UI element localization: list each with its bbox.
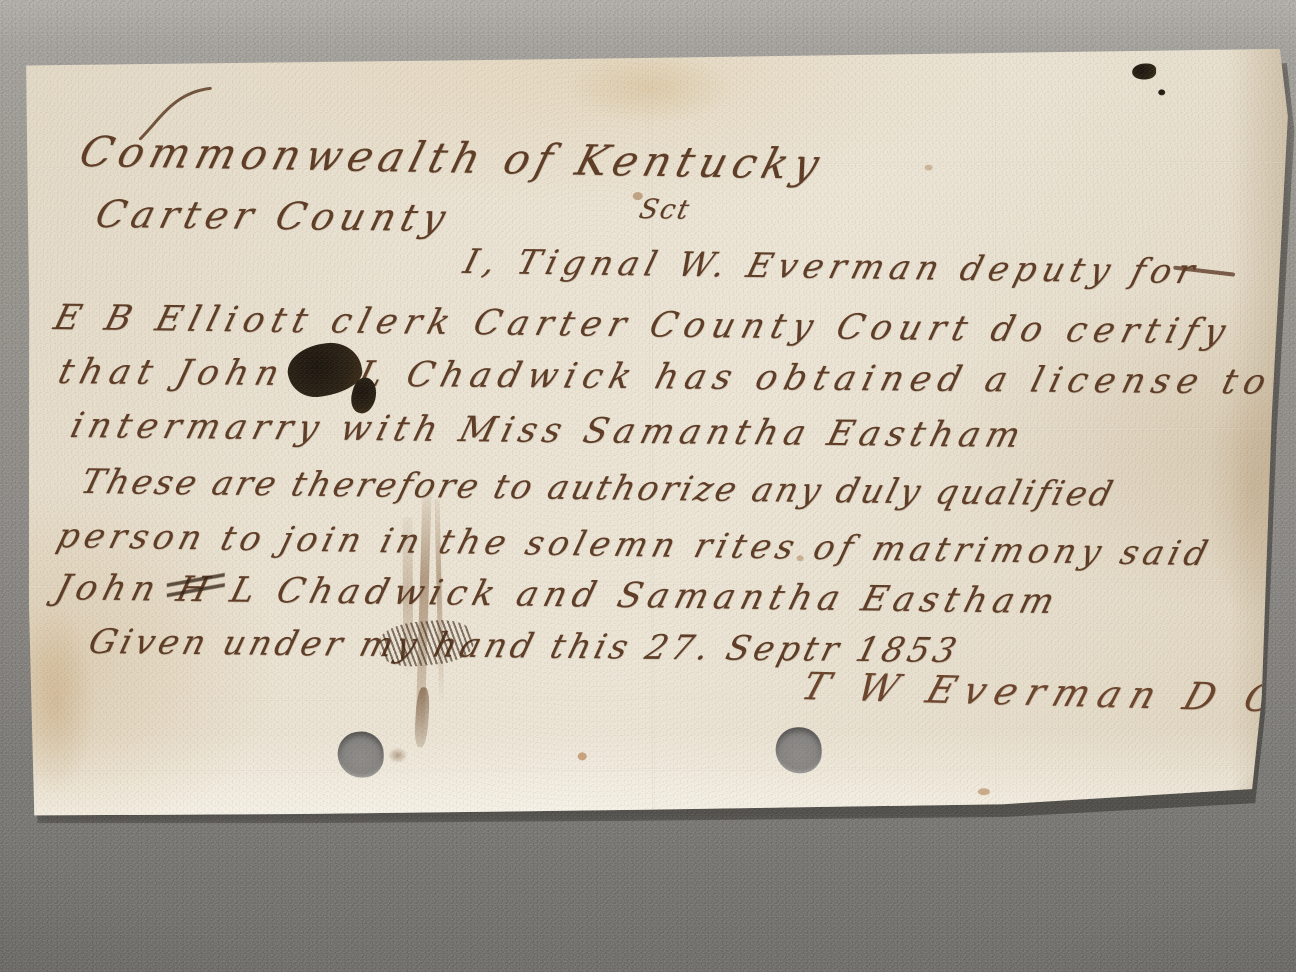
ink-speck-top-right	[1132, 63, 1156, 79]
ink-speck-small	[1158, 89, 1165, 95]
line-commonwealth-of-kentucky: Commonwealth of Kentucky	[75, 131, 829, 186]
line-carter-county: Carter County	[92, 195, 455, 237]
punch-hole-left	[338, 731, 384, 777]
line-given-under-hand-date: Given under my hand this 27. Septr 1853	[85, 625, 963, 668]
punch-hole-right	[776, 727, 822, 773]
sct-abbreviation: Sct	[637, 196, 694, 224]
document-paper: Commonwealth of Kentucky Carter County S…	[24, 43, 1294, 820]
line-deputy-intro: I, Tignal W. Everman deputy for	[460, 245, 1204, 289]
line-intermarry-bride: intermarry with Miss Samantha Eastham	[67, 409, 1030, 454]
photo-of-document: Commonwealth of Kentucky Carter County S…	[0, 0, 1296, 972]
